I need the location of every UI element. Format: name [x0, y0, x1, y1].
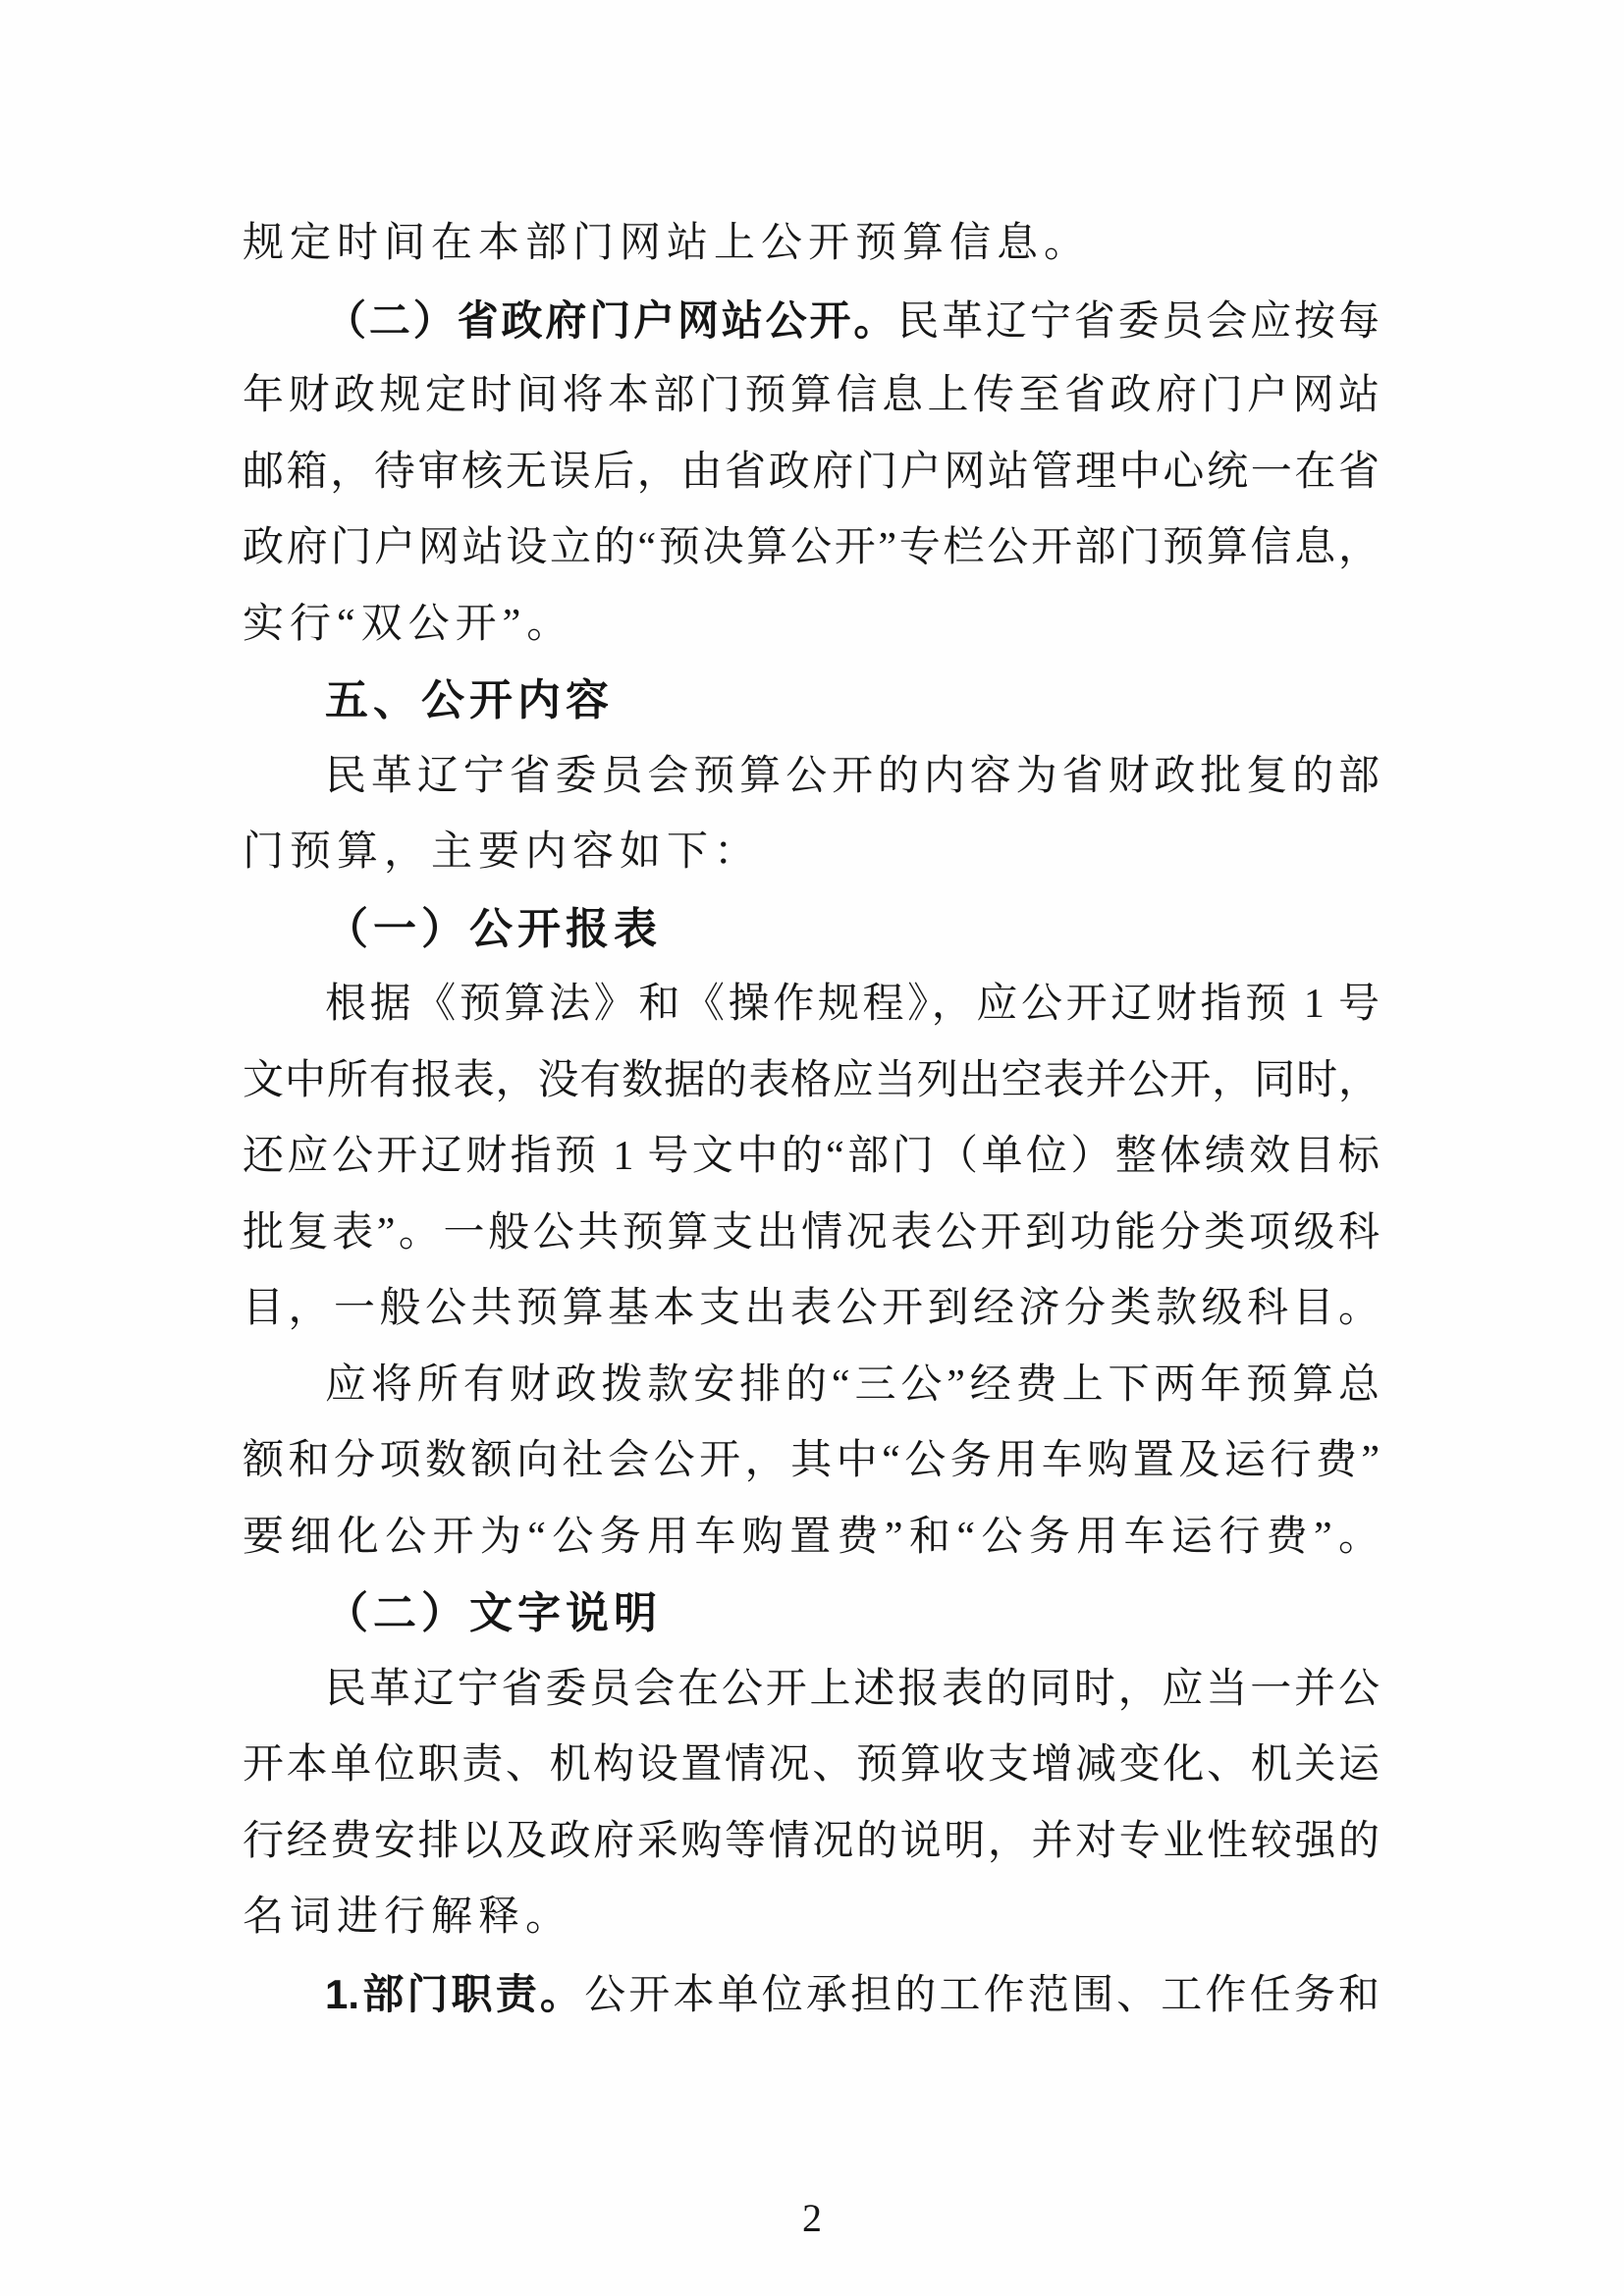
paragraph-line-5: 政府门户网站设立的“预决算公开”专栏公开部门预算信息， [243, 510, 1380, 587]
subsection-heading-1: （一）公开报表 [243, 891, 1380, 968]
paragraph-line-3: 年财政规定时间将本部门预算信息上传至省政府门户网站 [243, 358, 1380, 435]
line-text: 应将所有财政拨款安排的“三公”经费上下两年预算总 [325, 1362, 1380, 1408]
paragraph-line-13: 还应公开辽财指预 1 号文中的“部门（单位）整体绩效目标 [243, 1119, 1380, 1196]
paragraph-line-4: 邮箱，待审核无误后，由省政府门户网站管理中心统一在省 [243, 435, 1380, 511]
paragraph-line-16: 应将所有财政拨款安排的“三公”经费上下两年预算总 [243, 1348, 1380, 1424]
line-text: 民革辽宁省委员会预算公开的内容为省财政批复的部 [325, 754, 1380, 799]
document-body: 规定时间在本部门网站上公开预算信息。 （二）省政府门户网站公开。民革辽宁省委员会… [243, 206, 1380, 2032]
heading-text: （一）公开报表 [325, 905, 662, 953]
heading-text: 五、公开内容 [325, 676, 614, 724]
paragraph-line-11: 根据《预算法》和《操作规程》，应公开辽财指预 1 号 [243, 967, 1380, 1043]
paragraph-line-6: 实行“双公开”。 [243, 587, 1380, 664]
section-heading-5: 五、公开内容 [243, 663, 1380, 739]
line-text: 政府门户网站设立的“预决算公开”专栏公开部门预算信息， [243, 525, 1380, 570]
page-number: 2 [0, 2191, 1624, 2246]
line-text: 行经费安排以及政府采购等情况的说明，并对专业性较强的 [243, 1819, 1380, 1864]
line-text: 公开本单位承担的工作范围、工作任务和 [584, 1973, 1380, 2018]
heading-text: （二）文字说明 [325, 1589, 662, 1637]
paragraph-line-14: 批复表”。一般公共预算支出情况表公开到功能分类项级科 [243, 1196, 1380, 1272]
line-text: 民革辽宁省委员会应按每 [897, 299, 1380, 345]
paragraph-line-15: 目，一般公共预算基本支出表公开到经济分类款级科目。 [243, 1271, 1380, 1348]
line-text: 开本单位职责、机构设置情况、预算收支增减变化、机关运 [243, 1742, 1380, 1788]
paragraph-line-24: 1.部门职责。公开本单位承担的工作范围、工作任务和 [243, 1956, 1380, 2033]
paragraph-line-1: 规定时间在本部门网站上公开预算信息。 [243, 206, 1380, 283]
paragraph-line-23: 名词进行解释。 [243, 1880, 1380, 1956]
line-text: 民革辽宁省委员会在公开上述报表的同时，应当一并公 [325, 1667, 1380, 1712]
subsection-2-title: （二）省政府门户网站公开。 [325, 297, 897, 344]
line-text: 要细化公开为“公务用车购置费”和“公务用车运行费”。 [243, 1515, 1380, 1560]
paragraph-line-18: 要细化公开为“公务用车购置费”和“公务用车运行费”。 [243, 1500, 1380, 1576]
line-text: 年财政规定时间将本部门预算信息上传至省政府门户网站 [243, 373, 1380, 418]
line-text: 名词进行解释。 [243, 1895, 572, 1940]
paragraph-line-17: 额和分项数额向社会公开，其中“公务用车购置及运行费” [243, 1423, 1380, 1500]
line-text: 额和分项数额向社会公开，其中“公务用车购置及运行费” [243, 1438, 1380, 1483]
item-1-title: 1.部门职责。 [325, 1971, 584, 2017]
line-text: 根据《预算法》和《操作规程》，应公开辽财指预 1 号 [325, 982, 1380, 1027]
paragraph-line-20: 民革辽宁省委员会在公开上述报表的同时，应当一并公 [243, 1652, 1380, 1729]
subsection-heading-2: （二）文字说明 [243, 1575, 1380, 1652]
line-text: 文中所有报表，没有数据的表格应当列出空表并公开，同时， [243, 1058, 1380, 1103]
line-text: 门预算，主要内容如下： [243, 829, 761, 875]
paragraph-line-2: （二）省政府门户网站公开。民革辽宁省委员会应按每 [243, 283, 1380, 359]
line-text: 还应公开辽财指预 1 号文中的“部门（单位）整体绩效目标 [243, 1134, 1380, 1179]
line-text: 目，一般公共预算基本支出表公开到经济分类款级科目。 [243, 1286, 1380, 1331]
paragraph-line-9: 门预算，主要内容如下： [243, 815, 1380, 891]
line-text: 实行“双公开”。 [243, 602, 573, 647]
paragraph-line-22: 行经费安排以及政府采购等情况的说明，并对专业性较强的 [243, 1804, 1380, 1881]
line-text: 规定时间在本部门网站上公开预算信息。 [243, 221, 1091, 266]
paragraph-line-8: 民革辽宁省委员会预算公开的内容为省财政批复的部 [243, 739, 1380, 816]
line-text: 批复表”。一般公共预算支出情况表公开到功能分类项级科 [243, 1210, 1380, 1255]
line-text: 邮箱，待审核无误后，由省政府门户网站管理中心统一在省 [243, 450, 1380, 495]
paragraph-line-12: 文中所有报表，没有数据的表格应当列出空表并公开，同时， [243, 1043, 1380, 1120]
document-page: 规定时间在本部门网站上公开预算信息。 （二）省政府门户网站公开。民革辽宁省委员会… [0, 0, 1624, 2296]
paragraph-line-21: 开本单位职责、机构设置情况、预算收支增减变化、机关运 [243, 1728, 1380, 1804]
